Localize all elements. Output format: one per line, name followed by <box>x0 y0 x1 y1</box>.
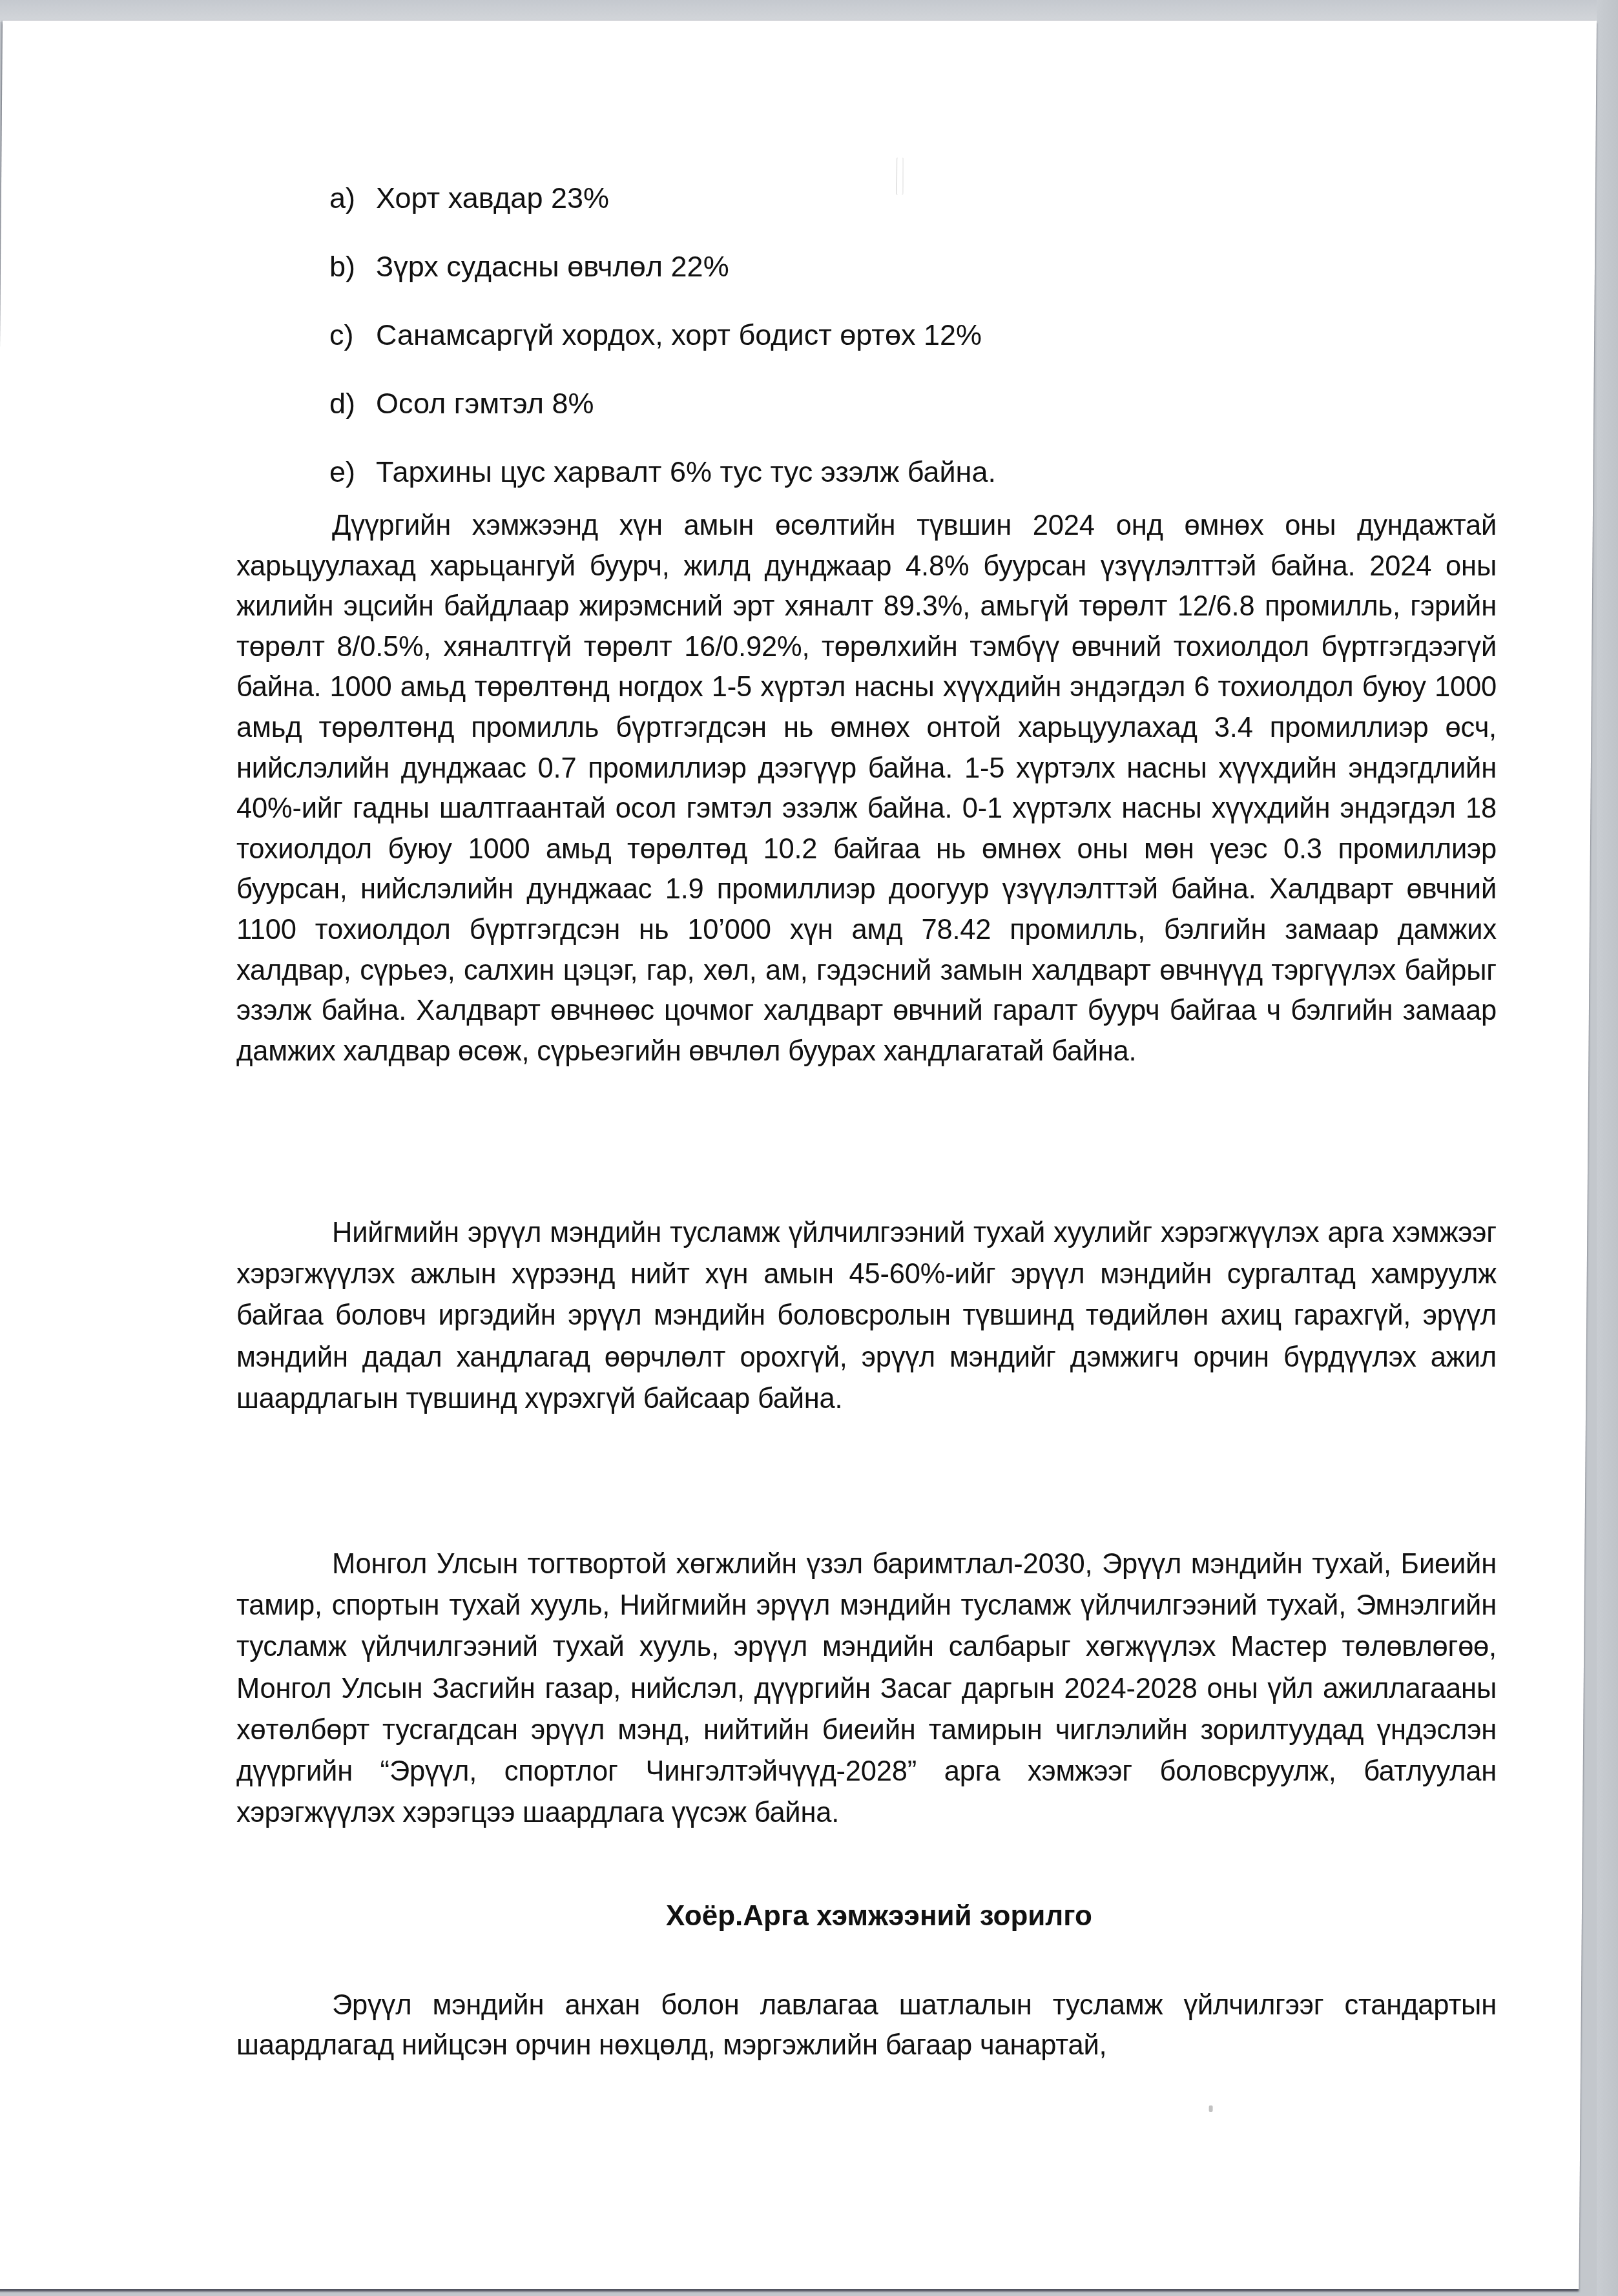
scanner-background-top <box>0 0 1618 22</box>
list-item-text: Хорт хавдар 23% <box>376 164 609 233</box>
list-item-text: Зүрх судасны өвчлөл 22% <box>376 233 729 301</box>
paragraph-population-health: Дүүргийн хэмжээнд хүн амын өсөлтийн түвш… <box>236 506 1497 1071</box>
list-item: a) Хорт хавдар 23% <box>329 164 996 233</box>
list-marker: b) <box>329 233 376 301</box>
list-item: b) Зүрх судасны өвчлөл 22% <box>329 233 996 301</box>
list-item: c) Санамсаргүй хордох, хорт бодист өртөх… <box>329 301 996 369</box>
list-item: e) Тархины цус харвалт 6% тус тус эзэлж … <box>329 438 996 506</box>
paragraph-section-intro: Эрүүл мэндийн анхан болон лавлагаа шатла… <box>236 1985 1497 2065</box>
scanned-page: a) Хорт хавдар 23% b) Зүрх судасны өвчлө… <box>0 21 1597 2289</box>
paragraph-policy-basis: Монгол Улсын тогтвортой хөгжлийн үзэл ба… <box>236 1544 1497 1834</box>
list-item-text: Тархины цус харвалт 6% тус тус эзэлж бай… <box>376 438 996 506</box>
list-marker: a) <box>329 164 376 233</box>
list-marker: d) <box>329 369 376 438</box>
section-heading: Хоёр.Арга хэмжээний зорилго <box>236 1897 1522 1936</box>
mortality-causes-list: a) Хорт хавдар 23% b) Зүрх судасны өвчлө… <box>329 164 996 506</box>
scanner-background-right <box>1597 0 1618 2296</box>
list-marker: e) <box>329 438 376 506</box>
list-item-text: Осол гэмтэл 8% <box>376 369 594 438</box>
list-item-text: Санамсаргүй хордох, хорт бодист өртөх 12… <box>376 301 982 369</box>
list-marker: c) <box>329 301 376 369</box>
paragraph-health-education: Нийгмийн эрүүл мэндийн тусламж үйлчилгээ… <box>236 1212 1497 1420</box>
list-item: d) Осол гэмтэл 8% <box>329 369 996 438</box>
scan-speck <box>1209 2105 1213 2112</box>
